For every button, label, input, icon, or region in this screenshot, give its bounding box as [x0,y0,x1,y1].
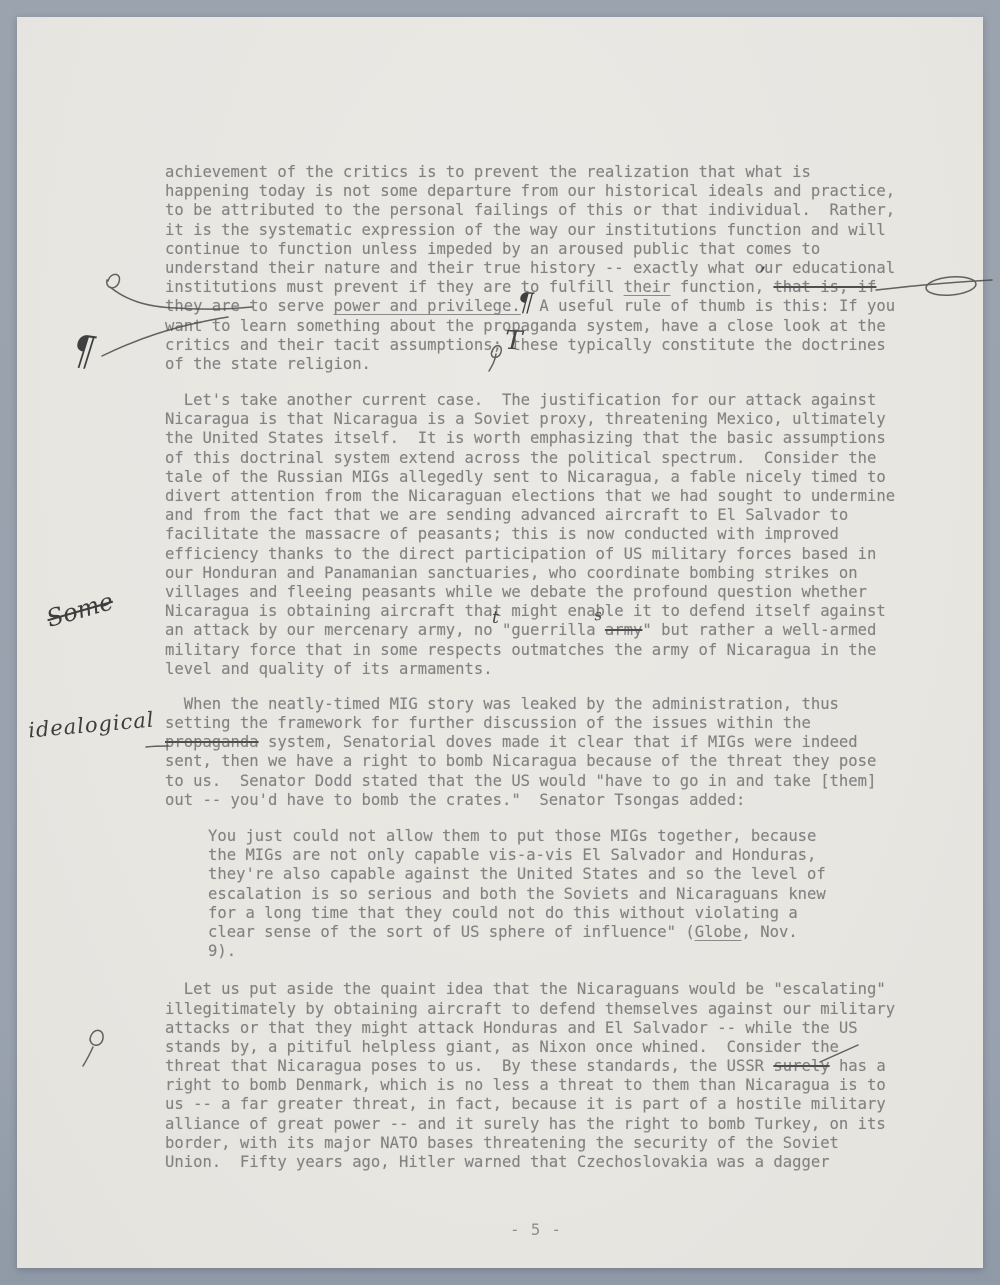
typed-text-segment: alliance of great power -- and it surely… [165,1115,886,1133]
typed-line: stands by, a pitiful helpless giant, as … [165,1038,925,1057]
typed-text-segment: level and quality of its armaments. [165,660,493,678]
typed-text-segment: the MIGs are not only capable vis-a-vis … [208,846,816,864]
typed-line: the United States itself. It is worth em… [165,429,925,448]
typed-line: to us. Senator Dodd stated that the US w… [165,772,925,791]
typed-line: propaganda system, Senatorial doves made… [165,733,925,752]
page-number: - 5 - [165,1221,907,1239]
typed-line: and from the fact that we are sending ad… [165,506,925,525]
typed-text-segment: that is, if [773,278,876,296]
typed-line: Let us put aside the quaint idea that th… [165,980,925,999]
blockquote-tsongas: You just could not allow them to put tho… [165,827,925,961]
typed-text-segment: army [605,621,642,639]
typed-line: the MIGs are not only capable vis-a-vis … [208,846,925,865]
typed-text-segment: to us. Senator Dodd stated that the US w… [165,772,876,790]
typed-line: When the neatly-timed MIG story was leak… [165,695,925,714]
typed-line: us -- a far greater threat, in fact, bec… [165,1095,925,1114]
typed-text-segment: villages and fleeing peasants while we d… [165,583,867,601]
typed-text-segment: out -- you'd have to bomb the crates." S… [165,791,745,809]
typed-line: Nicaragua is obtaining aircraft that mig… [165,602,925,621]
typed-text-segment: military force that in some respects out… [165,641,876,659]
typed-text-segment: power and privilege. [334,297,521,315]
typed-text-segment: Globe [695,923,742,941]
typed-text-segment: to be attributed to the personal failing… [165,201,895,219]
typed-text-segment: facilitate the massacre of peasants; thi… [165,525,839,543]
typed-text-segment: You just could not allow them to put tho… [208,827,816,845]
typed-line: military force that in some respects out… [165,641,925,660]
typed-line: villages and fleeing peasants while we d… [165,583,925,602]
typed-line: happening today is not some departure fr… [165,182,925,201]
page-background: { "document": { "para1": { "lines": [ "a… [0,0,1000,1285]
typed-line: facilitate the massacre of peasants; thi… [165,525,925,544]
typed-text-segment: for a long time that they could not do t… [208,904,798,922]
typed-text-segment: understand their nature and their true h… [165,259,895,277]
typed-text-segment: A useful rule of thumb is this: If you [521,297,895,315]
typed-line: want to learn something about the propag… [165,317,925,336]
typed-text-segment: escalation is so serious and both the So… [208,885,826,903]
typed-text-segment: sent, then we have a right to bomb Nicar… [165,752,876,770]
typed-line: Union. Fifty years ago, Hitler warned th… [165,1153,925,1172]
typed-text-segment: surely [773,1057,829,1075]
typed-line: Let's take another current case. The jus… [165,391,925,410]
typed-line: institutions must prevent if they are to… [165,278,925,297]
handwritten-word-idealogical: idealogical [27,708,155,743]
typed-line: our Honduran and Panamanian sanctuaries,… [165,564,925,583]
typed-line: tale of the Russian MIGs allegedly sent … [165,468,925,487]
typed-line: border, with its major NATO bases threat… [165,1134,925,1153]
typed-text-segment: system, Senatorial doves made it clear t… [259,733,858,751]
typed-text-segment: it is the systematic expression of the w… [165,221,886,239]
typed-text-segment: has a [830,1057,886,1075]
typed-text-segment: attacks or that they might attack Hondur… [165,1019,858,1037]
typed-text-segment: border, with its major NATO bases threat… [165,1134,839,1152]
typed-line: 9). [208,942,925,961]
paragraph-4: Let us put aside the quaint idea that th… [165,980,925,1172]
typed-text-segment: Let's take another current case. The jus… [165,391,876,409]
typed-text-segment: Nicaragua is obtaining aircraft that mig… [165,602,886,620]
typed-text-segment: want to learn something about the propag… [165,317,886,335]
typed-text-segment: institutions must prevent if they are to… [165,278,624,296]
typed-text-segment: of this doctrinal system extend across t… [165,449,876,467]
typed-line: an attack by our mercenary army, no "gue… [165,621,925,640]
typed-text-segment: their [624,278,671,296]
typed-text-segment: setting the framework for further discus… [165,714,811,732]
typed-line: right to bomb Denmark, which is no less … [165,1076,925,1095]
typed-text-segment: our Honduran and Panamanian sanctuaries,… [165,564,858,582]
typed-line: Nicaragua is that Nicaragua is a Soviet … [165,410,925,429]
typed-line: efficiency thanks to the direct particip… [165,545,925,564]
typed-text-segment: happening today is not some departure fr… [165,182,895,200]
typed-text-segment: efficiency thanks to the direct particip… [165,545,876,563]
typed-line: of the state religion. [165,355,925,374]
typed-text-segment: Let us put aside the quaint idea that th… [165,980,886,998]
typed-text-segment: critics and their tacit assumptions; the… [165,336,886,354]
typed-text-segment: and from the fact that we are sending ad… [165,506,848,524]
typed-line: to be attributed to the personal failing… [165,201,925,220]
handwritten-word-some: Some [43,587,116,633]
typed-line: divert attention from the Nicaraguan ele… [165,487,925,506]
typed-text-segment: continue to function unless impeded by a… [165,240,820,258]
typed-line: You just could not allow them to put tho… [208,827,925,846]
typed-text-segment: they're also capable against the United … [208,865,826,883]
typed-text-segment: right to bomb Denmark, which is no less … [165,1076,886,1094]
typed-text-segment: of the state religion. [165,355,371,373]
paper-sheet: achievement of the critics is to prevent… [17,17,983,1268]
typed-text-segment: to serve [240,297,334,315]
typed-text-segment: propaganda [165,733,259,751]
typed-text-segment: Nicaragua is that Nicaragua is a Soviet … [165,410,886,428]
typed-text-segment: tale of the Russian MIGs allegedly sent … [165,468,886,486]
typed-text-segment: stands by, a pitiful helpless giant, as … [165,1038,839,1056]
paragraph-3: When the neatly-timed MIG story was leak… [165,695,925,810]
typed-line: threat that Nicaragua poses to us. By th… [165,1057,925,1076]
typed-text-segment: illegitimately by obtaining aircraft to … [165,1000,895,1018]
typed-text-segment: us -- a far greater threat, in fact, bec… [165,1095,886,1113]
typed-text-segment: , Nov. [742,923,798,941]
typed-line: it is the systematic expression of the w… [165,221,925,240]
typed-text-segment: 9). [208,942,236,960]
typed-text-segment: " but rather a well-armed [642,621,876,639]
typed-text: achievement of the critics is to prevent… [165,163,925,1172]
typed-line: setting the framework for further discus… [165,714,925,733]
typed-text-segment: divert attention from the Nicaraguan ele… [165,487,895,505]
typed-text-segment: the United States itself. It is worth em… [165,429,886,447]
typed-line: alliance of great power -- and it surely… [165,1115,925,1134]
typed-line: continue to function unless impeded by a… [165,240,925,259]
typed-text-segment: achievement of the critics is to prevent… [165,163,811,181]
paragraph-1: achievement of the critics is to prevent… [165,163,925,374]
typed-line: clear sense of the sort of US sphere of … [208,923,925,942]
typed-line: they are to serve power and privilege. A… [165,297,925,316]
typed-text-segment: threat that Nicaragua poses to us. By th… [165,1057,773,1075]
typed-line: they're also capable against the United … [208,865,925,884]
margin-paragraph-mark: ¶ [69,326,97,377]
typed-line: escalation is so serious and both the So… [208,885,925,904]
typed-line: attacks or that they might attack Hondur… [165,1019,925,1038]
typed-line: critics and their tacit assumptions; the… [165,336,925,355]
typed-text-segment: they are [165,297,240,315]
typed-line: for a long time that they could not do t… [208,904,925,923]
typed-text-segment: When the neatly-timed MIG story was leak… [165,695,839,713]
typed-line: of this doctrinal system extend across t… [165,449,925,468]
typed-text-segment: an attack by our mercenary army, no "gue… [165,621,605,639]
typed-line: illegitimately by obtaining aircraft to … [165,1000,925,1019]
typed-text-segment: Union. Fifty years ago, Hitler warned th… [165,1153,830,1171]
paragraph-2: Let's take another current case. The jus… [165,391,925,679]
typed-text-segment: clear sense of the sort of US sphere of … [208,923,695,941]
typed-text-segment: function, [670,278,773,296]
typed-line: achievement of the critics is to prevent… [165,163,925,182]
typed-line: out -- you'd have to bomb the crates." S… [165,791,925,810]
typed-line: sent, then we have a right to bomb Nicar… [165,752,925,771]
typed-line: understand their nature and their true h… [165,259,925,278]
typed-line: level and quality of its armaments. [165,660,925,679]
